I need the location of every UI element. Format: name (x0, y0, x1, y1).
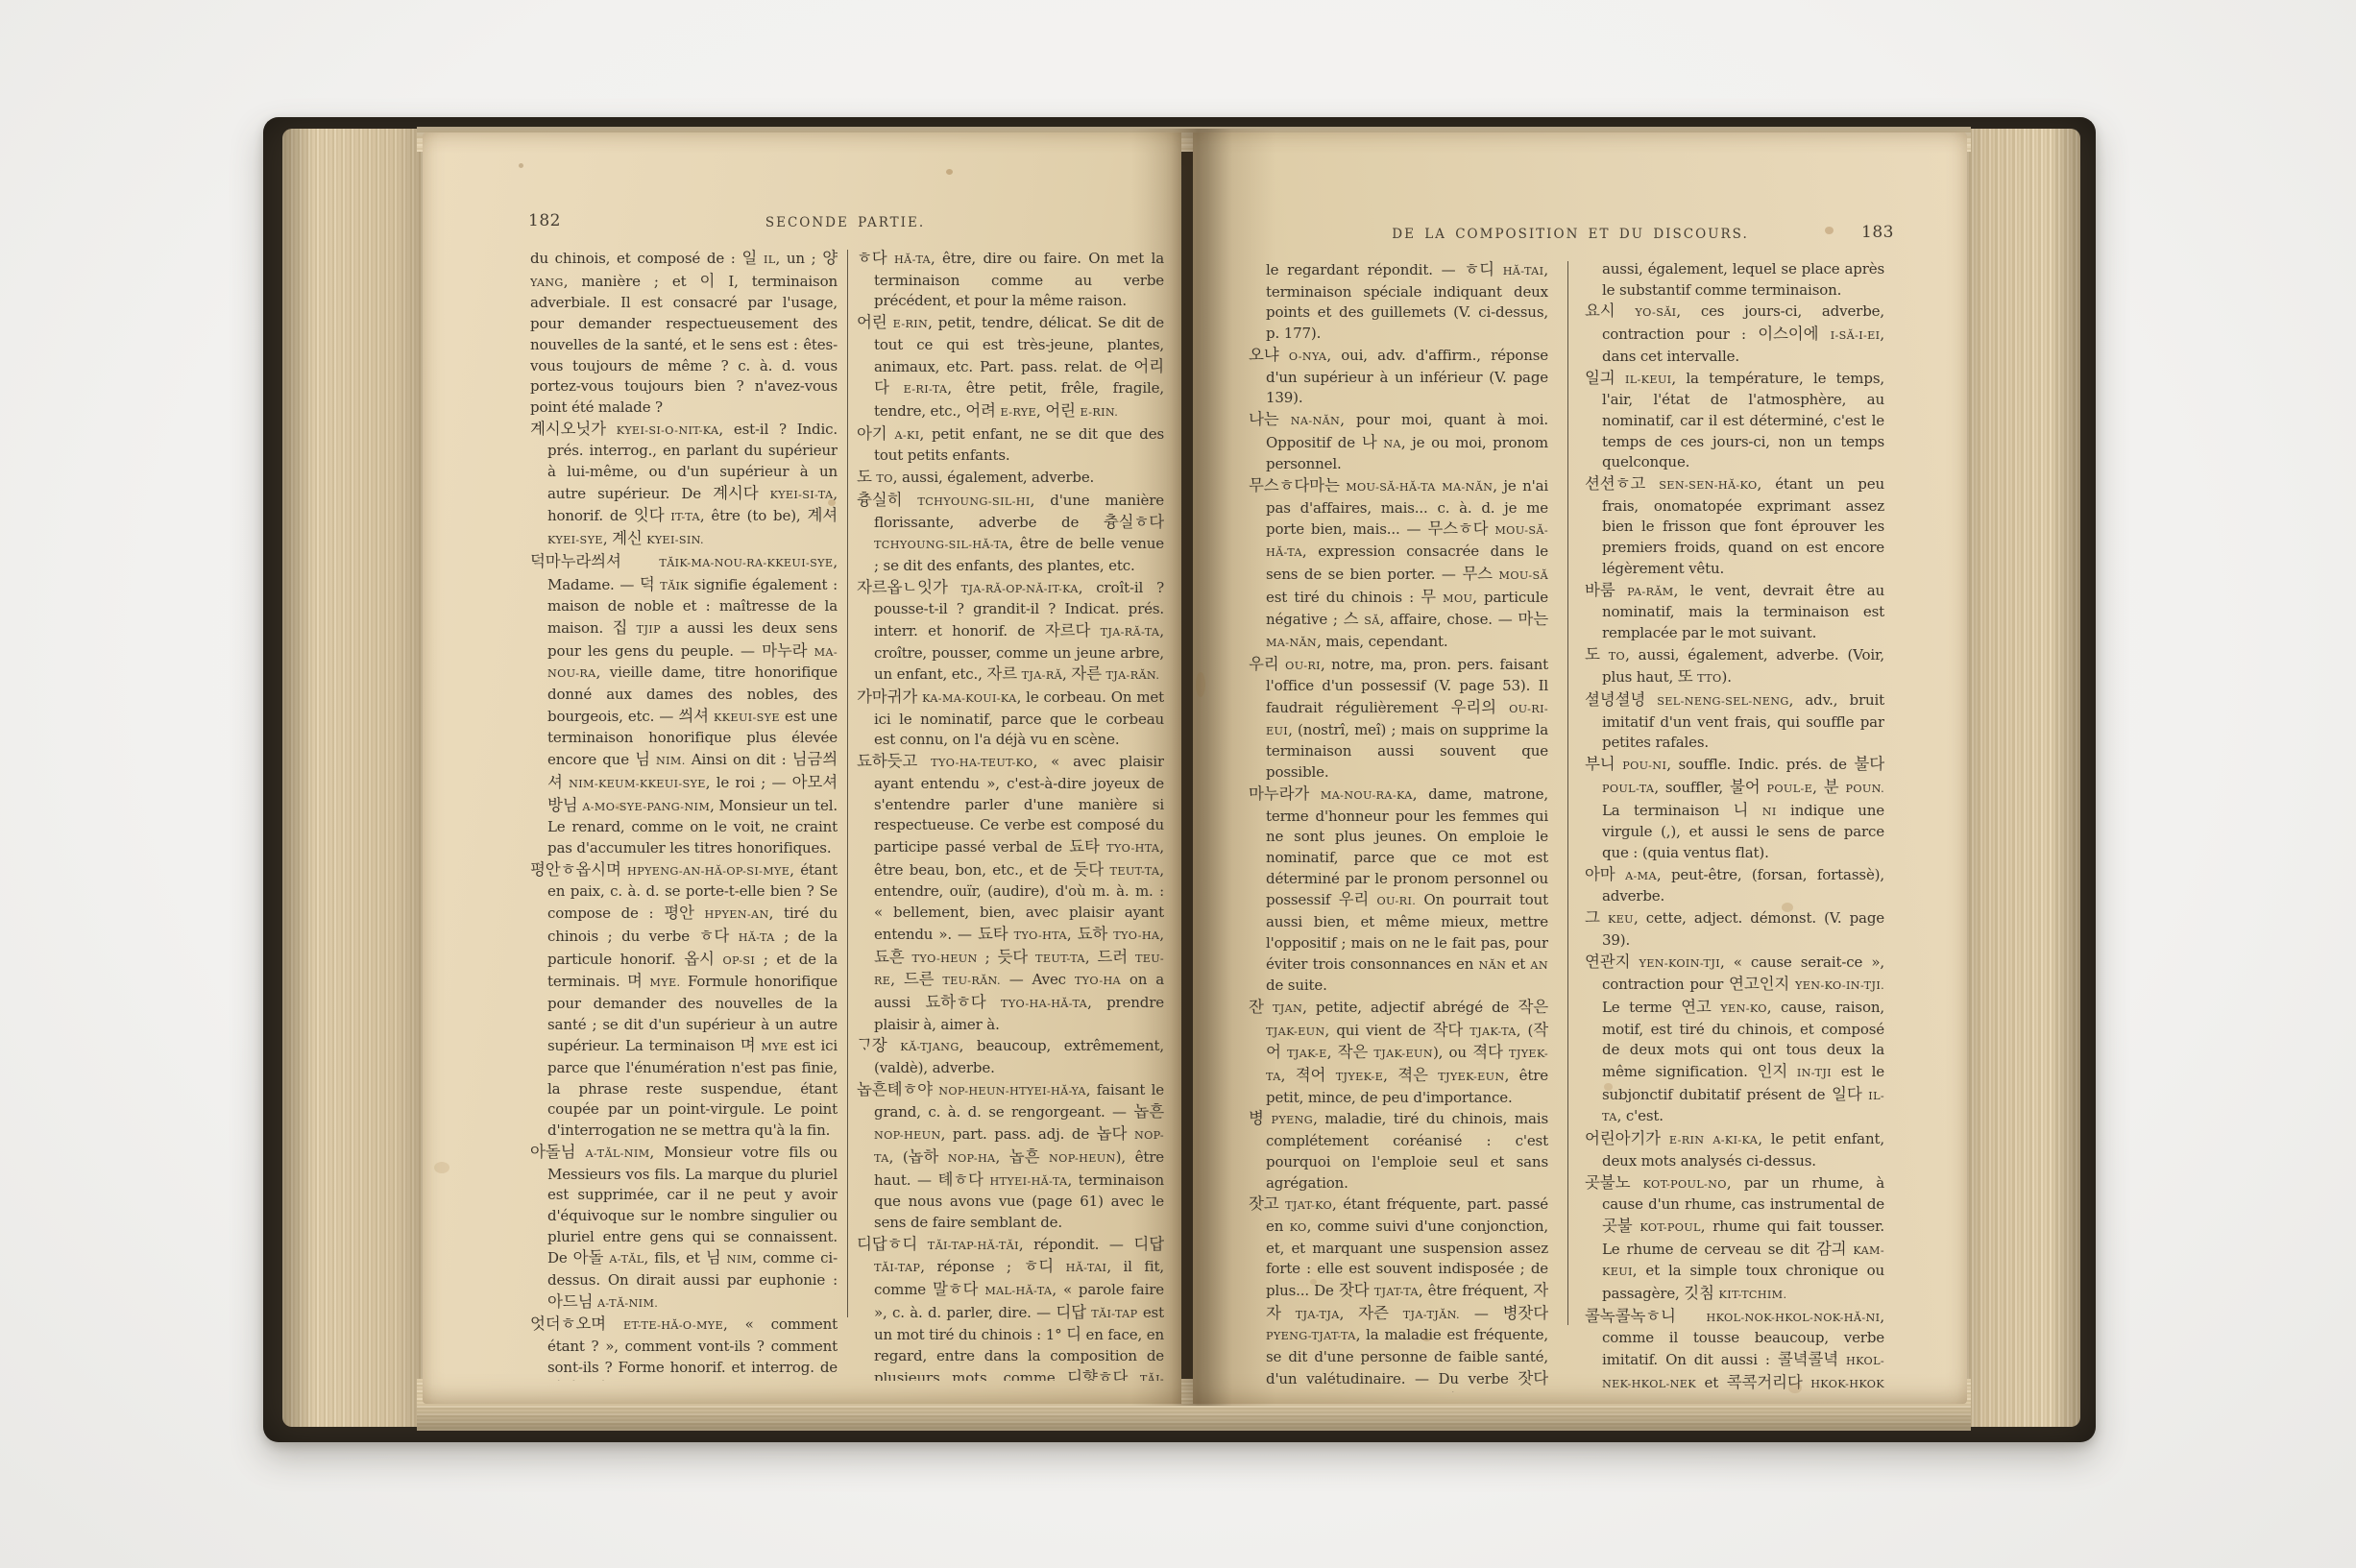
entry-paragraph: 잣고 TJAT-KO, étant fréquente, part. passé… (1249, 1194, 1548, 1392)
entry-paragraph: 곳불노 KOT-POUL-NO, par un rhume, à cause d… (1585, 1172, 1884, 1306)
entry-paragraph: 무스ㅎ다마는 MOU-SĂ-HĂ-TA MA-NĂN, je n'ai pas … (1249, 475, 1548, 654)
column-divider-left-page (847, 250, 848, 1317)
entry-paragraph: le regardant répondit. — ㅎ디 HĂ-TAI, term… (1249, 259, 1548, 345)
entry-paragraph: du chinois, et composé de : 일 IL, un ; 양… (530, 248, 838, 419)
entry-paragraph: 도 TO, aussi, également, adverbe. (857, 467, 1164, 490)
entry-paragraph: 바룸 PA-RĂM, le vent, devrait être au nomi… (1585, 580, 1884, 644)
entry-paragraph: aussi, également, lequel se place après … (1585, 259, 1884, 301)
column-divider-right-page (1567, 261, 1568, 1325)
entry-paragraph: 병 PYENG, maladie, tiré du chinois, mais … (1249, 1108, 1548, 1194)
text-column-3: le regardant répondit. — ㅎ디 HĂ-TAI, term… (1249, 259, 1548, 1392)
entry-paragraph: 그 KEU, cette, adject. démonst. (V. page … (1585, 907, 1884, 951)
entry-paragraph: 셜녕셜녕 SEL-NENG-SEL-NENG, adv., bruit imit… (1585, 689, 1884, 754)
entry-paragraph: 요시 YO-SĂI, ces jours-ci, adverbe, contra… (1585, 301, 1884, 367)
entry-paragraph: 마누라가 MA-NOU-RA-KA, dame, matrone, terme … (1249, 784, 1548, 997)
entry-paragraph: 잔 TJAN, petite, adjectif abrégé de 작은 TJ… (1249, 997, 1548, 1109)
entry-paragraph: 됴하듯고 TYO-HA-TEUT-KO, « avec plaisir ayan… (857, 751, 1164, 1035)
entry-paragraph: 콜녹콜녹ㅎ니 HKOL-NOK-HKOL-NOK-HĂ-NI, comme il… (1585, 1306, 1884, 1392)
entry-paragraph: 아마 A-MA, peut-être, (forsan, fortassè), … (1585, 864, 1884, 907)
entry-paragraph: 도 TO, aussi, également, adverbe. (Voir, … (1585, 644, 1884, 689)
running-header-left: SECONDE PARTIE. (576, 215, 1114, 230)
photo-of-open-book: 182 SECONDE PARTIE. DE LA COMPOSITION ET… (0, 0, 2356, 1568)
entry-paragraph: 부니 POU-NI, souffle. Indic. prés. de 불다 P… (1585, 754, 1884, 864)
entry-paragraph: 가마귀가 KA-MA-KOUI-KA, le corbeau. On met i… (857, 687, 1164, 751)
entry-paragraph: 아기 A-KI, petit enfant, ne se dit que des… (857, 423, 1164, 467)
entry-paragraph: 계시오닛가 KYEI-SI-O-NIT-KA, est-il ? Indic. … (530, 419, 838, 551)
entry-paragraph: 자르옵ㄴ잇가 TJA-RĂ-OP-NĂ-IT-KA, croît-il ? po… (857, 577, 1164, 688)
entry-paragraph: 평안ㅎ옵시며 HPYENG-AN-HĂ-OP-SI-MYE, étant en … (530, 859, 838, 1142)
text-column-1: du chinois, et composé de : 일 IL, un ; 양… (530, 248, 838, 1381)
entry-paragraph: 아돌님 A-TĂL-NIM, Monsieur votre fils ou Me… (530, 1142, 838, 1315)
page-edges-left (282, 129, 428, 1427)
entry-paragraph: 일긔 IL-KEUI, la température, le temps, l'… (1585, 368, 1884, 474)
entry-paragraph: 어린 E-RIN, petit, tendre, délicat. Se dit… (857, 312, 1164, 423)
page-number-right: 183 (1844, 223, 1894, 242)
entry-paragraph: 션션ㅎ고 SEN-SEN-HĂ-KO, étant un peu frais, … (1585, 473, 1884, 580)
entry-paragraph: 츙실히 TCHYOUNG-SIL-HI, d'une manière flori… (857, 490, 1164, 577)
text-column-4: aussi, également, lequel se place après … (1585, 259, 1884, 1392)
running-header-right: DE LA COMPOSITION ET DU DISCOURS. (1306, 227, 1834, 242)
entry-paragraph: 나는 NA-NĂN, pour moi, quant à moi. Opposi… (1249, 409, 1548, 475)
entry-paragraph: 디답ㅎ디 TĂI-TAP-HĂ-TĂI, répondit. — 디답 TĂI-… (857, 1234, 1164, 1381)
entry-paragraph: ᄀᆞ장 KĂ-TJANG, beaucoup, extrêmement, (va… (857, 1035, 1164, 1078)
entry-paragraph: 연관지 YEN-KOIN-TJI, « cause serait-ce », c… (1585, 952, 1884, 1129)
text-column-2: ㅎ다 HĂ-TA, être, dire ou faire. On met la… (857, 248, 1164, 1381)
entry-paragraph: 엇더ㅎ오며 ET-TE-HĂ-O-MYE, « comment étant ? … (530, 1314, 838, 1381)
entry-paragraph: ㅎ다 HĂ-TA, être, dire ou faire. On met la… (857, 248, 1164, 312)
entry-paragraph: 오냐 O-NYA, oui, adv. d'affirm., réponse d… (1249, 345, 1548, 409)
entry-paragraph: 덕마누라씌셔 TĂIK-MA-NOU-RA-KKEUI-SYE, Madame.… (530, 551, 838, 859)
entry-paragraph: 놉흔톄ㅎ야 NOP-HEUN-HTYEI-HĂ-YA, faisant le g… (857, 1079, 1164, 1234)
entry-paragraph: 어린아기가 E-RIN A-KI-KA, le petit enfant, de… (1585, 1128, 1884, 1171)
entry-paragraph: 우리 OU-RI, notre, ma, pron. pers. faisant… (1249, 654, 1548, 784)
page-edges-right (1963, 129, 2080, 1427)
page-number-left: 182 (528, 211, 561, 230)
